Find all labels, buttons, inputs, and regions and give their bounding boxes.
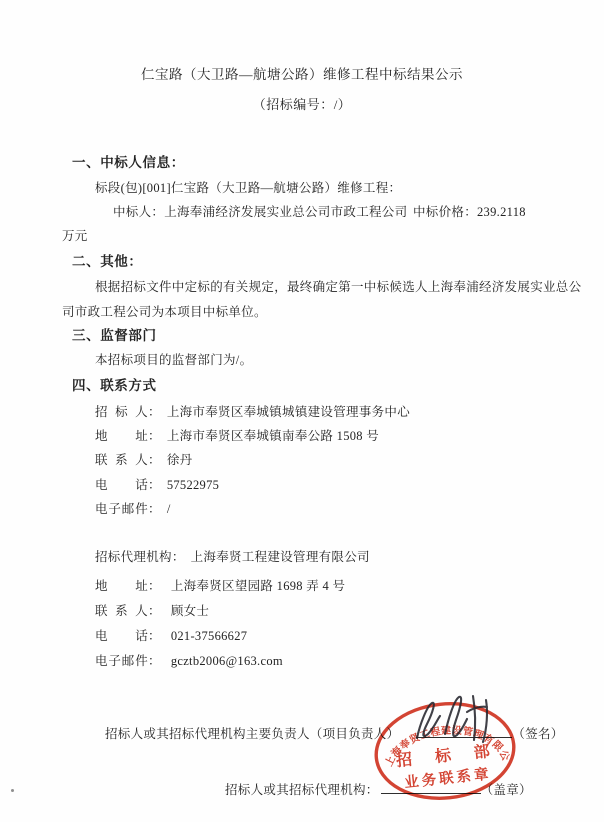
- agency-email-label: 电子邮件: [95, 653, 148, 670]
- org-label: 招标人或其招标代理机构：: [225, 783, 379, 797]
- supervision-line: 本招标项目的监督部门为/。: [95, 352, 252, 369]
- colon: ：: [148, 405, 161, 419]
- tenderer-name-label: 招 标 人: [95, 404, 148, 421]
- agency-contact-row: 联 系 人：顾女士: [95, 603, 209, 620]
- price-value: 中标价格：239.2118: [413, 204, 526, 221]
- tenderer-name-value: 上海市奉贤区奉城镇城镇建设管理事务中心: [167, 405, 410, 419]
- colon: ：: [148, 478, 161, 492]
- tenderer-email-row: 电子邮件：/: [95, 501, 171, 518]
- agency-email-value: gcztb2006@163.com: [171, 654, 283, 668]
- agency-phone-label: 电 话: [95, 628, 148, 645]
- tenderer-contact-value: 徐丹: [167, 453, 193, 467]
- agency-contact-value: 顾女士: [171, 604, 209, 618]
- tenderer-contact-row: 联 系 人：徐丹: [95, 452, 192, 469]
- agency-email-row: 电子邮件：gcztb2006@163.com: [95, 653, 283, 670]
- section3-heading: 三、监督部门: [72, 327, 157, 344]
- agency-address-value: 上海奉贤区望园路 1698 弄 4 号: [171, 579, 345, 593]
- tenderer-phone-value: 57522975: [167, 478, 219, 492]
- agency-phone-value: 021-37566627: [171, 629, 248, 643]
- scan-artifact-dot: [11, 789, 14, 792]
- price-unit: 万元: [62, 228, 88, 245]
- agency-address-label: 地 址: [95, 578, 148, 595]
- section1-heading: 一、中标人信息：: [72, 154, 185, 171]
- other-paragraph-line2: 司市政工程公司为本项目中标单位。: [62, 304, 267, 321]
- agency-name-label: 招标代理机构: [95, 550, 172, 564]
- tenderer-name-row: 招 标 人：上海市奉贤区奉城镇城镇建设管理事务中心: [95, 404, 410, 421]
- colon: ：: [148, 429, 161, 443]
- agency-phone-row: 电 话：021-37566627: [95, 628, 247, 645]
- tenderer-contact-label: 联 系 人: [95, 452, 148, 469]
- tenderer-address-label: 地 址: [95, 428, 148, 445]
- other-paragraph-line1: 根据招标文件中定标的有关规定，最终确定第一中标候选人上海奉浦经济发展实业总公: [95, 279, 581, 296]
- section4-heading: 四、联系方式: [72, 377, 157, 394]
- colon: ：: [148, 453, 161, 467]
- tenderer-address-row: 地 址：上海市奉贤区奉城镇南奉公路 1508 号: [95, 428, 379, 445]
- document-title: 仁宝路（大卫路—航塘公路）维修工程中标结果公示: [0, 66, 604, 83]
- agency-contact-label: 联 系 人: [95, 603, 148, 620]
- colon: ：: [172, 550, 185, 564]
- agency-name-row: 招标代理机构：上海奉贤工程建设管理有限公司: [95, 549, 370, 566]
- colon: ：: [148, 654, 161, 668]
- winner-line: 中标人：上海奉浦经济发展实业总公司市政工程公司: [113, 204, 407, 221]
- sign-suffix: （签名）: [512, 727, 563, 741]
- tenderer-phone-label: 电 话: [95, 477, 148, 494]
- tenderer-phone-row: 电 话：57522975: [95, 477, 219, 494]
- colon: ：: [148, 579, 161, 593]
- section2-heading: 二、其他：: [72, 253, 143, 270]
- tender-number: （招标编号：/）: [0, 96, 604, 113]
- colon: ：: [148, 604, 161, 618]
- tenderer-email-label: 电子邮件: [95, 501, 148, 518]
- lot-line: 标段(包)[001]仁宝路（大卫路—航塘公路）维修工程：: [95, 180, 401, 197]
- handwritten-signature: [403, 690, 508, 748]
- tenderer-address-value: 上海市奉贤区奉城镇南奉公路 1508 号: [167, 429, 379, 443]
- colon: ：: [148, 629, 161, 643]
- document-page: 仁宝路（大卫路—航塘公路）维修工程中标结果公示 （招标编号：/） 一、中标人信息…: [0, 0, 604, 822]
- seal-usage-text: 业务联系章: [403, 764, 492, 791]
- tenderer-email-value: /: [167, 502, 171, 516]
- colon: ：: [148, 502, 161, 516]
- agency-address-row: 地 址：上海奉贤区望园路 1698 弄 4 号: [95, 578, 345, 595]
- agency-name-value: 上海奉贤工程建设管理有限公司: [191, 550, 370, 564]
- responsible-person-label: 招标人或其招标代理机构主要负责人（项目负责人）: [105, 727, 399, 741]
